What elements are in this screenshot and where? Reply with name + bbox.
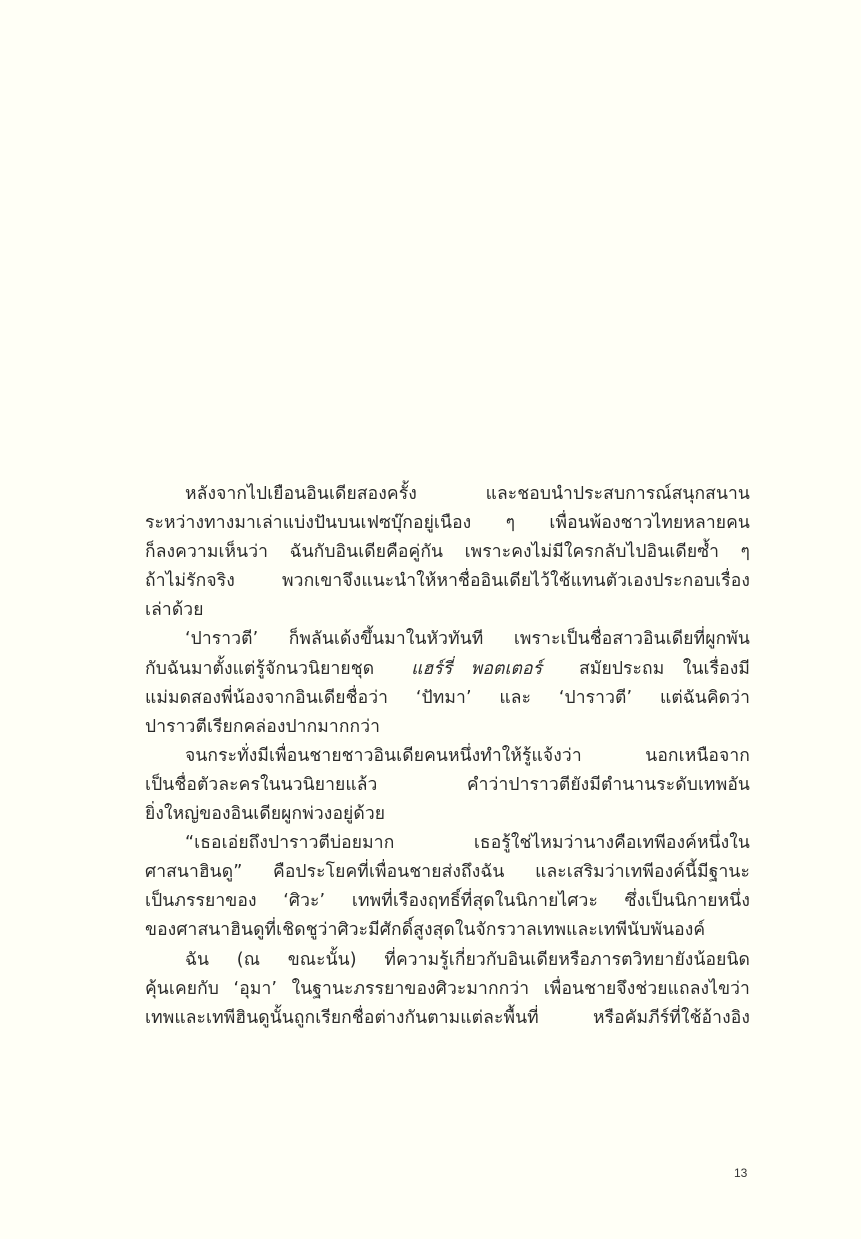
text-line: คุ้นเคยกับ ‘อุมา’ ในฐานะภรรยาของศิวะมากก… xyxy=(145,975,750,1004)
text-line: ก็ลงความเห็นว่า ฉันกับอินเดียคือคู่กัน เ… xyxy=(145,538,750,567)
text-line: ศาสนาฮินดู” คือประโยคที่เพื่อนชายส่งถึงฉ… xyxy=(145,858,750,887)
text-line-with-title: กับฉันมาตั้งแต่รู้จักนวนิยายชุด แฮร์รี่ … xyxy=(145,655,750,684)
text-line: เทพและเทพีฮินดูนั้นถูกเรียกชื่อต่างกันตา… xyxy=(145,1004,750,1033)
text-line: ปาราวตีเรียกคล่องปากมากกว่า xyxy=(145,713,750,742)
text-line: ‘ปาราวตี’ ก็พลันเด้งขึ้นมาในหัวทันที เพร… xyxy=(145,625,750,654)
text-line: “เธอเอ่ยถึงปาราวตีบ่อยมาก เธอรู้ใช่ไหมว่… xyxy=(145,829,750,858)
book-title: แฮร์รี่ พอตเตอร์ xyxy=(411,659,542,679)
text-line: แม่มดสองพี่น้องจากอินเดียชื่อว่า ‘ปัทมา’… xyxy=(145,684,750,713)
page-number: 13 xyxy=(734,1166,747,1180)
paragraph-1: หลังจากไปเยือนอินเดียสองครั้ง และชอบนำปร… xyxy=(145,480,750,625)
paragraph-2: ‘ปาราวตี’ ก็พลันเด้งขึ้นมาในหัวทันที เพร… xyxy=(145,625,750,741)
paragraph-5: ฉัน (ณ ขณะนั้น) ที่ความรู้เกี่ยวกับอินเด… xyxy=(145,946,750,1033)
text-line: ฉัน (ณ ขณะนั้น) ที่ความรู้เกี่ยวกับอินเด… xyxy=(145,946,750,975)
text-line: หลังจากไปเยือนอินเดียสองครั้ง และชอบนำปร… xyxy=(145,480,750,509)
paragraph-4: “เธอเอ่ยถึงปาราวตีบ่อยมาก เธอรู้ใช่ไหมว่… xyxy=(145,829,750,945)
text-segment: กับฉันมาตั้งแต่รู้จักนวนิยายชุด xyxy=(145,659,374,679)
text-line: เล่าด้วย xyxy=(145,596,750,625)
book-page: หลังจากไปเยือนอินเดียสองครั้ง และชอบนำปร… xyxy=(0,0,861,1239)
paragraph-3: จนกระทั่งมีเพื่อนชายชาวอินเดียคนหนึ่งทำใ… xyxy=(145,742,750,829)
text-line: เป็นภรรยาของ ‘ศิวะ’ เทพที่เรืองฤทธิ์ที่ส… xyxy=(145,887,750,916)
body-text: หลังจากไปเยือนอินเดียสองครั้ง และชอบนำปร… xyxy=(145,480,750,1033)
text-line: ถ้าไม่รักจริง พวกเขาจึงแนะนำให้หาชื่ออิน… xyxy=(145,567,750,596)
text-line: เป็นชื่อตัวละครในนวนิยายแล้ว คำว่าปาราวต… xyxy=(145,771,750,800)
text-line: ของศาสนาฮินดูที่เชิดชูว่าศิวะมีศักดิ์สูง… xyxy=(145,916,750,945)
text-line: ยิ่งใหญ่ของอินเดียผูกพ่วงอยู่ด้วย xyxy=(145,800,750,829)
text-line: ระหว่างทางมาเล่าแบ่งปันบนเฟซบุ๊กอยู่เนือ… xyxy=(145,509,750,538)
text-line: จนกระทั่งมีเพื่อนชายชาวอินเดียคนหนึ่งทำใ… xyxy=(145,742,750,771)
text-segment: สมัยประถม ในเรื่องมี xyxy=(579,659,750,679)
